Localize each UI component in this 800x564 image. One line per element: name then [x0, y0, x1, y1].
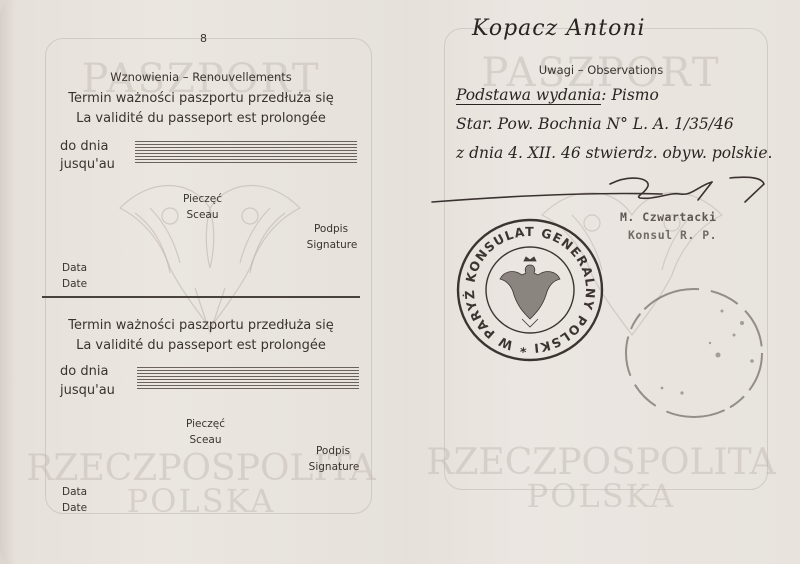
until-label-fr: jusqu'au: [60, 157, 115, 172]
until-label-pl: do dnia: [60, 139, 108, 154]
seal-label-pl: Pieczęć: [180, 193, 225, 205]
polish-eagle-icon: [500, 257, 560, 327]
faded-round-stamp-icon: [622, 283, 772, 423]
observation-underlined: Podstawa wydania: [456, 86, 601, 105]
holder-name: Kopacz Antoni: [472, 16, 646, 41]
seal-label-fr: Sceau: [183, 434, 228, 446]
watermark-polska: POLSKA: [0, 482, 402, 520]
signature-label-pl: Podpis: [306, 223, 356, 235]
until-label-fr: jusqu'au: [60, 383, 115, 398]
watermark-polska: POLSKA: [402, 477, 800, 515]
date-label-pl: Data: [62, 486, 87, 498]
seal-label-fr: Sceau: [180, 209, 225, 221]
until-date-field[interactable]: [137, 365, 359, 389]
signatory-title: Konsul R. P.: [628, 228, 717, 242]
validity-extension-pl: Termin ważności paszportu przedłuża się: [0, 318, 402, 333]
observation-line-1: Podstawa wydania: Pismo: [456, 86, 659, 104]
signature-label-fr: Signature: [303, 239, 361, 251]
validity-extension-fr: La validité du passeport est prolongée: [0, 338, 402, 353]
validity-extension-pl: Termin ważności paszportu przedłuża się: [0, 91, 402, 106]
validity-extension-fr: La validité du passeport est prolongée: [0, 111, 402, 126]
section-title-renewals: Wznowienia – Renouvellements: [0, 70, 402, 84]
until-label-pl: do dnia: [60, 364, 108, 379]
consulate-stamp-icon: KONSULAT GENERALNY POLSKI * W PARYŻU *: [452, 215, 608, 365]
signatory-name: M. Czwartacki: [620, 210, 717, 224]
left-page: PASZPORT RZECZPOSPOLITA POLSKA 8 Wznowie…: [0, 0, 402, 564]
passport-spread: PASZPORT RZECZPOSPOLITA POLSKA 8 Wznowie…: [0, 0, 800, 564]
date-label-pl: Data: [62, 262, 87, 274]
seal-label-pl: Pieczęć: [183, 418, 228, 430]
observation-line-3: z dnia 4. XII. 46 stwierdz. obyw. polski…: [456, 144, 772, 162]
consul-signature-icon: [430, 172, 775, 212]
right-page: PASZPORT RZECZPOSPOLITA POLSKA Kopacz An…: [402, 0, 800, 564]
section-divider: [42, 296, 360, 298]
observation-line-2: Star. Pow. Bochnia N° L. A. 1/35/46: [456, 115, 734, 133]
date-label-fr: Date: [62, 502, 87, 514]
observation-text: : Pismo: [601, 86, 659, 104]
section-title-observations: Uwagi – Observations: [402, 63, 800, 77]
signature-label-pl: Podpis: [308, 445, 358, 457]
until-date-field[interactable]: [135, 139, 357, 163]
signature-label-fr: Signature: [305, 461, 363, 473]
date-label-fr: Date: [62, 278, 87, 290]
page-number: 8: [200, 32, 210, 45]
